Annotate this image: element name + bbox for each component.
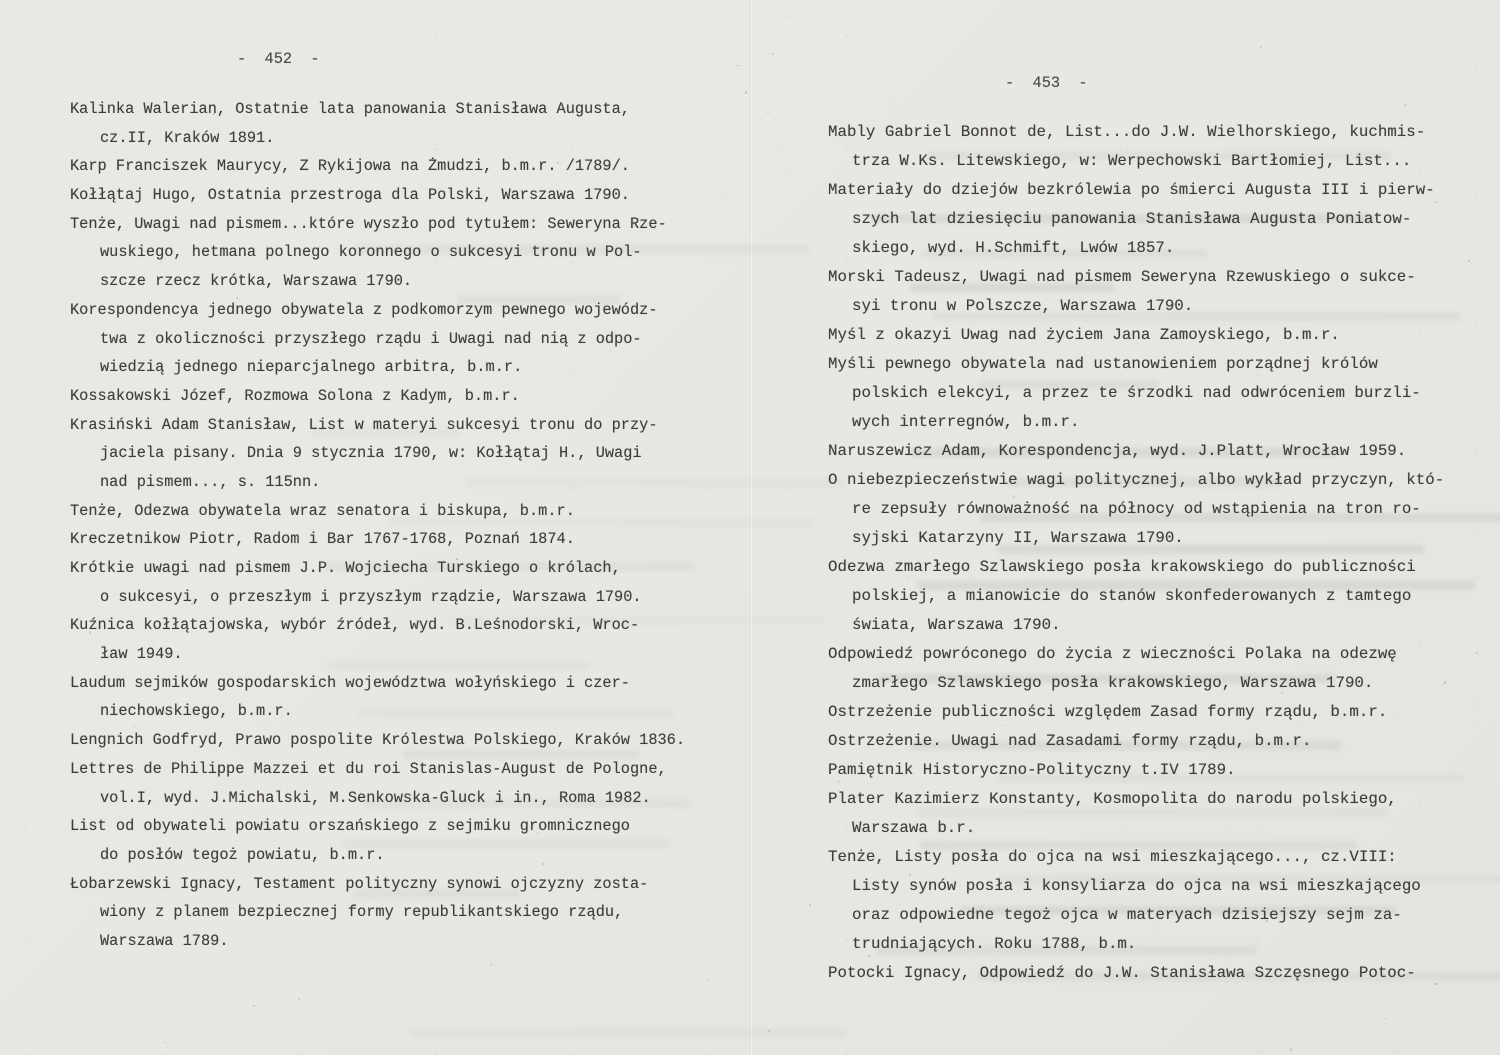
bibliography-line: nad pismem..., s. 115nn. bbox=[70, 468, 750, 497]
scan-speck bbox=[1404, 104, 1406, 106]
scan-speck bbox=[49, 595, 50, 596]
bibliography-line: Kossakowski Józef, Rozmowa Solona z Kady… bbox=[70, 382, 750, 411]
bibliography-line: Krasiński Adam Stanisław, List w materyi… bbox=[70, 411, 750, 440]
scan-speck bbox=[737, 65, 738, 66]
bibliography-line: trza W.Ks. Litewskiego, w: Werpechowski … bbox=[828, 147, 1488, 176]
bibliography-line: Lengnich Godfryd, Prawo pospolite Króles… bbox=[70, 726, 750, 755]
bibliography-line: Potocki Ignacy, Odpowiedź do J.W. Stanis… bbox=[828, 959, 1488, 988]
bibliography-line: Łobarzewski Ignacy, Testament polityczny… bbox=[70, 870, 750, 899]
page-fold-line bbox=[750, 0, 753, 1055]
scan-speck bbox=[404, 10, 405, 11]
bibliography-line: syi tronu w Polszcze, Warszawa 1790. bbox=[828, 292, 1488, 321]
bibliography-line: szcze rzecz krótka, Warszawa 1790. bbox=[70, 267, 750, 296]
bibliography-line: do posłów tegoż powiatu, b.m.r. bbox=[70, 841, 750, 870]
bibliography-line: vol.I, wyd. J.Michalski, M.Senkowska-Glu… bbox=[70, 784, 750, 813]
bibliography-line: Laudum sejmików gospodarskich województw… bbox=[70, 669, 750, 698]
scan-speck bbox=[164, 1041, 166, 1043]
bibliography-line: Karp Franciszek Maurycy, Z Rykijowa na Ż… bbox=[70, 152, 750, 181]
bibliography-line: Plater Kazimierz Konstanty, Kosmopolita … bbox=[828, 785, 1488, 814]
scan-speck bbox=[888, 103, 889, 104]
bibliography-line: polskiej, a mianowicie do stanów skonfed… bbox=[828, 582, 1488, 611]
bibliography-line: Kreczetnikow Piotr, Radom i Bar 1767-176… bbox=[70, 525, 750, 554]
bibliography-line: wiedzią jednego nieparcjalnego arbitra, … bbox=[70, 353, 750, 382]
bibliography-line: O niebezpieczeństwie wagi politycznej, a… bbox=[828, 466, 1488, 495]
bibliography-line: Myśl z okazyi Uwag nad życiem Jana Zamoy… bbox=[828, 321, 1488, 350]
bibliography-line: cz.II, Kraków 1891. bbox=[70, 124, 750, 153]
bibliography-line: Tenże, Listy posła do ojca na wsi mieszk… bbox=[828, 843, 1488, 872]
bibliography-line: Tenże, Odezwa obywatela wraz senatora i … bbox=[70, 497, 750, 526]
scan-speck bbox=[772, 53, 773, 54]
bibliography-line: zmarłego Szlawskiego posła krakowskiego,… bbox=[828, 669, 1488, 698]
page-number-left: - 452 - bbox=[237, 50, 320, 68]
bibliography-line: o sukcesyi, o przeszłym i przyszłym rząd… bbox=[70, 583, 750, 612]
scan-speck bbox=[253, 1005, 255, 1007]
scan-speck bbox=[707, 979, 708, 980]
bibliography-line: jaciela pisany. Dnia 9 stycznia 1790, w:… bbox=[70, 439, 750, 468]
bibliography-line: Kuźnica kołłątajowska, wybór źródeł, wyd… bbox=[70, 611, 750, 640]
bibliography-line: Listy synów posła i konsyliarza do ojca … bbox=[828, 872, 1488, 901]
bibliography-line: ław 1949. bbox=[70, 640, 750, 669]
scan-speck bbox=[1260, 46, 1262, 48]
scan-speck bbox=[298, 998, 300, 1000]
bibliography-line: Warszawa b.r. bbox=[828, 814, 1488, 843]
scan-speck bbox=[166, 1047, 168, 1049]
scan-speck bbox=[52, 1004, 54, 1006]
bibliography-line: Ostrzeżenie publiczności względem Zasad … bbox=[828, 698, 1488, 727]
bibliography-line: Mably Gabriel Bonnot de, List...do J.W. … bbox=[828, 118, 1488, 147]
bibliography-line: skiego, wyd. H.Schmift, Lwów 1857. bbox=[828, 234, 1488, 263]
bibliography-line: Tenże, Uwagi nad pismem...które wyszło p… bbox=[70, 210, 750, 239]
bibliography-line: szych lat dziesięciu panowania Stanisław… bbox=[828, 205, 1488, 234]
bibliography-line: Korespondencya jednego obywatela z podko… bbox=[70, 296, 750, 325]
bibliography-line: twa z okoliczności przyszłego rządu i Uw… bbox=[70, 325, 750, 354]
scan-speck bbox=[1384, 1018, 1385, 1019]
bibliography-line: Naruszewicz Adam, Korespondencja, wyd. J… bbox=[828, 437, 1488, 466]
scan-speck bbox=[768, 1030, 770, 1032]
bibliography-line: Odpowiedź powróconego do życia z wieczno… bbox=[828, 640, 1488, 669]
bibliography-line: Kalinka Walerian, Ostatnie lata panowani… bbox=[70, 95, 750, 124]
bibliography-line: niechowskiego, b.m.r. bbox=[70, 697, 750, 726]
bibliography-line: oraz odpowiedne tegoż ojca w materyach d… bbox=[828, 901, 1488, 930]
bibliography-line: Ostrzeżenie. Uwagi nad Zasadami formy rz… bbox=[828, 727, 1488, 756]
bibliography-line: wuskiego, hetmana polnego koronnego o su… bbox=[70, 238, 750, 267]
right-page: Mably Gabriel Bonnot de, List...do J.W. … bbox=[828, 118, 1488, 988]
scan-speck bbox=[745, 91, 747, 93]
scan-speck bbox=[490, 964, 492, 966]
bibliography-line: syjski Katarzyny II, Warszawa 1790. bbox=[828, 524, 1488, 553]
scan-speck bbox=[1290, 1048, 1293, 1051]
bibliography-line: Kołłątaj Hugo, Ostatnia przestroga dla P… bbox=[70, 181, 750, 210]
bibliography-line: re zepsuły równoważność na północy od ws… bbox=[828, 495, 1488, 524]
bibliography-line: wiony z planem bezpiecznej formy republi… bbox=[70, 898, 750, 927]
page-number-right: - 453 - bbox=[1005, 74, 1088, 92]
left-page: Kalinka Walerian, Ostatnie lata panowani… bbox=[70, 95, 750, 956]
scan-speck bbox=[767, 112, 769, 114]
scan-speck bbox=[1128, 43, 1129, 44]
bibliography-line: wych interregnów, b.m.r. bbox=[828, 408, 1488, 437]
bibliography-line: Materiały do dziejów bezkrólewia po śmie… bbox=[828, 176, 1488, 205]
bleedthrough-line bbox=[409, 1028, 847, 1037]
bibliography-line: List od obywateli powiatu orszańskiego z… bbox=[70, 812, 750, 841]
bibliography-line: Odezwa zmarłego Szlawskiego posła krakow… bbox=[828, 553, 1488, 582]
bibliography-line: trudniających. Roku 1788, b.m. bbox=[828, 930, 1488, 959]
scan-speck bbox=[56, 741, 58, 743]
bibliography-line: Pamiętnik Historyczno-Polityczny t.IV 17… bbox=[828, 756, 1488, 785]
scan-speck bbox=[809, 904, 811, 906]
bibliography-line: Morski Tadeusz, Uwagi nad pismem Seweryn… bbox=[828, 263, 1488, 292]
bibliography-line: Warszawa 1789. bbox=[70, 927, 750, 956]
book-scan: - 452 - - 453 - Kalinka Walerian, Ostatn… bbox=[0, 0, 1500, 1055]
bibliography-line: Krótkie uwagi nad pismem J.P. Wojciecha … bbox=[70, 554, 750, 583]
bibliography-line: Myśli pewnego obywatela nad ustanowienie… bbox=[828, 350, 1488, 379]
scan-speck bbox=[55, 952, 57, 954]
bibliography-line: polskich elekcyi, a przez te śrzodki nad… bbox=[828, 379, 1488, 408]
bibliography-line: świata, Warszawa 1790. bbox=[828, 611, 1488, 640]
scan-speck bbox=[47, 64, 49, 66]
bibliography-line: Lettres de Philippe Mazzei et du roi Sta… bbox=[70, 755, 750, 784]
